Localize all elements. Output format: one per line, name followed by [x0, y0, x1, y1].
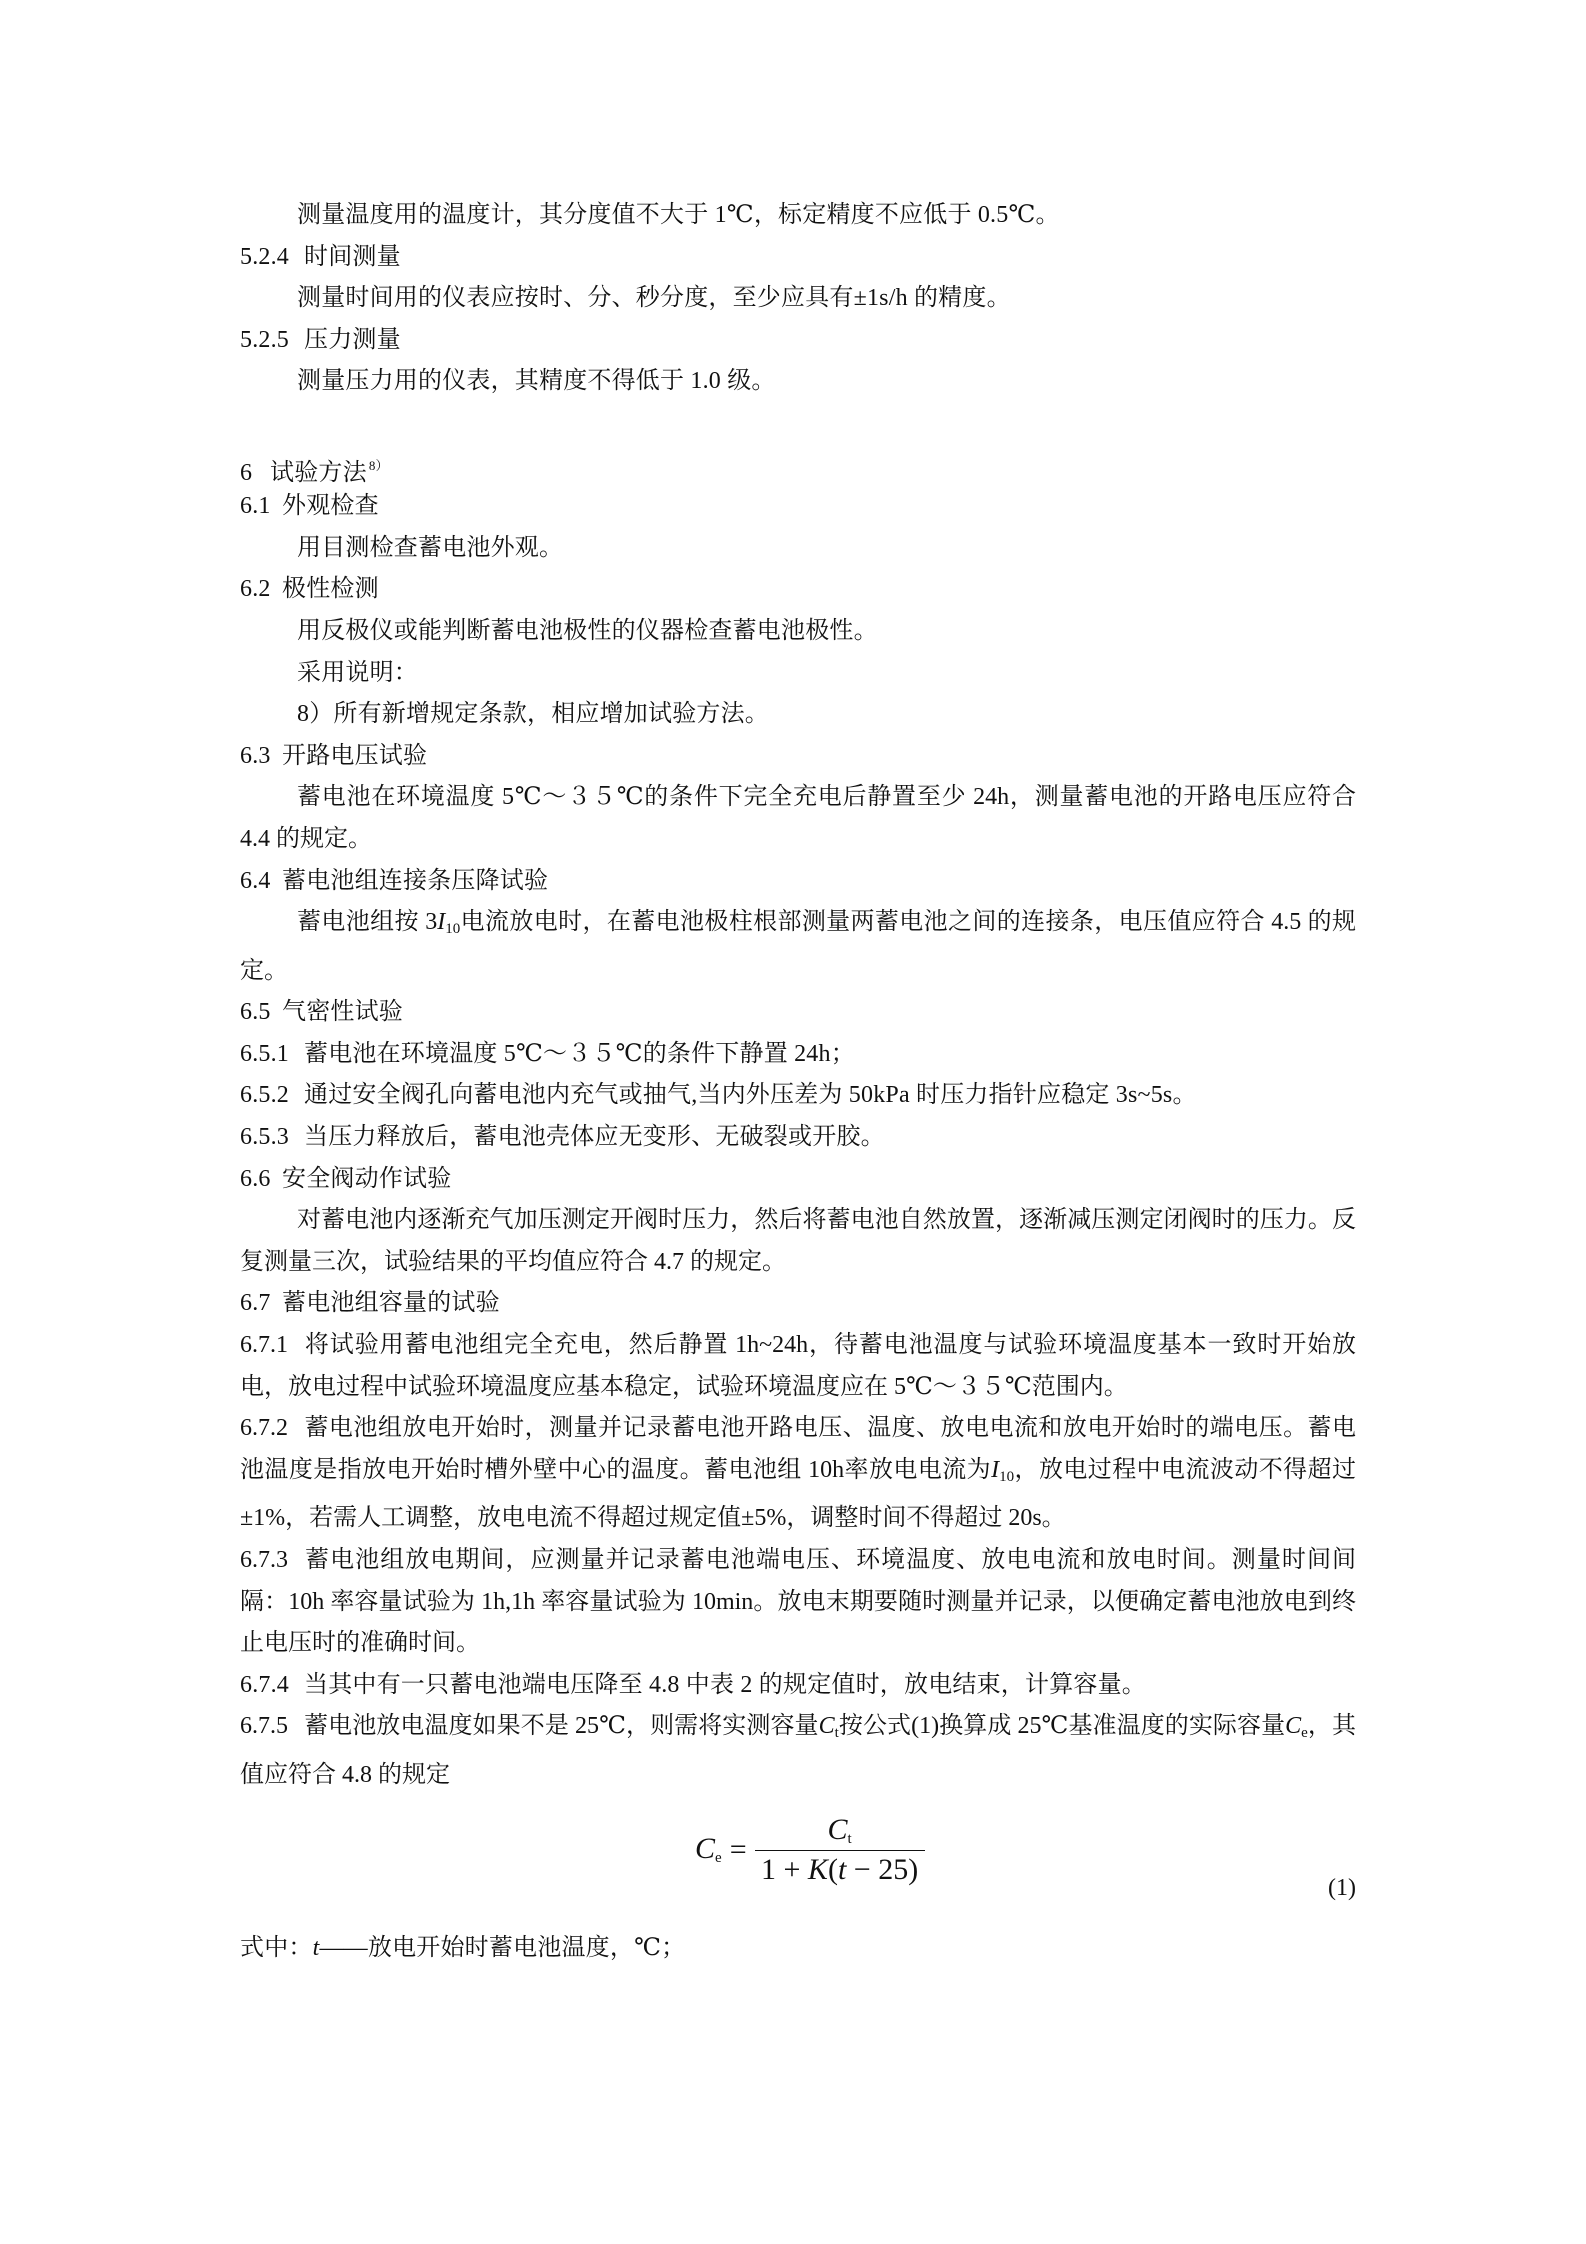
section-title: 压力测量	[304, 327, 401, 353]
clause-paragraph: 6.7.2蓄电池组放电开始时，测量并记录蓄电池开路电压、温度、放电电流和放电开始…	[240, 1408, 1356, 1540]
clause-text: 蓄电池在环境温度 5℃～３５℃的条件下静置 24h；	[304, 1041, 855, 1067]
section-number: 6.5	[240, 992, 282, 1034]
variable-definition: 式中：t——放电开始时蓄电池温度，℃；	[240, 1928, 1356, 1970]
clause-number: 6.7.3	[240, 1540, 304, 1582]
adoption-note-label: 采用说明：	[240, 653, 1356, 695]
clause: 6.7.4当其中有一只蓄电池端电压降至 4.8 中表 2 的规定值时，放电结束，…	[240, 1665, 1356, 1707]
clause-number: 6.5.1	[240, 1034, 304, 1076]
section-title: 极性检测	[282, 576, 379, 602]
section-number: 6.2	[240, 569, 282, 611]
section-heading: 5.2.4时间测量	[240, 237, 1356, 279]
section-number: 5.2.4	[240, 237, 304, 279]
section-title: 蓄电池组容量的试验	[282, 1290, 500, 1316]
body-paragraph: 对蓄电池内逐渐充气加压测定开阀时压力，然后将蓄电池自然放置，逐渐减压测定闭阀时的…	[240, 1200, 1356, 1283]
section-title: 外观检查	[282, 493, 379, 519]
spacer	[240, 403, 1356, 445]
section-heading: 6.4蓄电池组连接条压降试验	[240, 861, 1356, 903]
section-heading: 5.2.5压力测量	[240, 320, 1356, 362]
section-heading: 6.3开路电压试验	[240, 736, 1356, 778]
section-number: 5.2.5	[240, 320, 304, 362]
clause-number: 6.7.5	[240, 1706, 304, 1748]
section-title: 时间测量	[304, 244, 401, 270]
footnote-ref: 8）	[369, 458, 389, 473]
clause-text: 将试验用蓄电池组完全充电，然后静置 1h~24h，待蓄电池温度与试验环境温度基本…	[240, 1332, 1356, 1400]
clause: 6.5.2通过安全阀孔向蓄电池内充气或抽气,当内外压差为 50kPa 时压力指针…	[240, 1075, 1356, 1117]
clause-text: 蓄电池组放电期间，应测量并记录蓄电池端电压、环境温度、放电电流和放电时间。测量时…	[240, 1547, 1356, 1656]
body-text: 测量温度用的温度计，其分度值不大于 1℃，标定精度不应低于 0.5℃。	[240, 195, 1356, 237]
capacity-symbol: C	[819, 1713, 835, 1739]
section-heading: 6.6安全阀动作试验	[240, 1159, 1356, 1201]
body-text: 测量压力用的仪表，其精度不得低于 1.0 级。	[240, 361, 1356, 403]
section-number: 6.4	[240, 861, 282, 903]
clause-number: 6.7.2	[240, 1408, 304, 1450]
section-number: 6.3	[240, 736, 282, 778]
clause: 6.5.1蓄电池在环境温度 5℃～３５℃的条件下静置 24h；	[240, 1034, 1356, 1076]
document-page: 测量温度用的温度计，其分度值不大于 1℃，标定精度不应低于 0.5℃。 5.2.…	[240, 195, 1356, 1969]
fraction: Ct 1 + K(t − 25)	[755, 1813, 925, 1887]
clause-number: 6.5.3	[240, 1117, 304, 1159]
section-title: 蓄电池组连接条压降试验	[282, 868, 548, 894]
body-paragraph: 蓄电池组按 3I10电流放电时，在蓄电池极柱根部测量两蓄电池之间的连接条，电压值…	[240, 902, 1356, 992]
section-heading: 6.7蓄电池组容量的试验	[240, 1283, 1356, 1325]
capacity-symbol: C	[1285, 1713, 1301, 1739]
section-heading: 6.2极性检测	[240, 569, 1356, 611]
body-text: 测量时间用的仪表应按时、分、秒分度，至少应具有±1s/h 的精度。	[240, 278, 1356, 320]
clause-number: 6.5.2	[240, 1075, 304, 1117]
current-symbol: I	[991, 1457, 999, 1483]
body-text: 用反极仪或能判断蓄电池极性的仪器检查蓄电池极性。	[240, 611, 1356, 653]
clause: 6.5.3当压力释放后，蓄电池壳体应无变形、无破裂或开胶。	[240, 1117, 1356, 1159]
section-title: 开路电压试验	[282, 743, 427, 769]
clause-number: 6.7.4	[240, 1665, 304, 1707]
clause-paragraph: 6.7.1将试验用蓄电池组完全充电，然后静置 1h~24h，待蓄电池温度与试验环…	[240, 1325, 1356, 1408]
section-title: 气密性试验	[282, 999, 403, 1025]
section-heading: 6.1外观检查	[240, 486, 1356, 528]
chapter-title: 试验方法	[270, 460, 367, 486]
equation-block: Ce = Ct 1 + K(t − 25) (1)	[240, 1803, 1356, 1928]
section-number: 6.1	[240, 486, 282, 528]
clause-number: 6.7.1	[240, 1325, 304, 1367]
adoption-note: 8）所有新增规定条款，相应增加试验方法。	[240, 694, 1356, 736]
section-heading: 6.5气密性试验	[240, 992, 1356, 1034]
clause-paragraph: 6.7.3蓄电池组放电期间，应测量并记录蓄电池端电压、环境温度、放电电流和放电时…	[240, 1540, 1356, 1665]
section-number: 6.7	[240, 1283, 282, 1325]
clause-text: 通过安全阀孔向蓄电池内充气或抽气,当内外压差为 50kPa 时压力指针应稳定 3…	[304, 1082, 1197, 1108]
equation-number: (1)	[1328, 1875, 1356, 1902]
equation: Ce = Ct 1 + K(t − 25)	[695, 1813, 925, 1887]
clause-paragraph: 6.7.5蓄电池放电温度如果不是 25℃，则需将实测容量Ct按公式(1)换算成 …	[240, 1706, 1356, 1796]
clause-text: 当压力释放后，蓄电池壳体应无变形、无破裂或开胶。	[304, 1124, 885, 1150]
chapter-heading: 6试验方法8）	[240, 445, 1356, 487]
body-paragraph: 蓄电池在环境温度 5℃～３５℃的条件下完全充电后静置至少 24h，测量蓄电池的开…	[240, 777, 1356, 860]
section-title: 安全阀动作试验	[282, 1166, 451, 1192]
clause-text: 当其中有一只蓄电池端电压降至 4.8 中表 2 的规定值时，放电结束，计算容量。	[304, 1672, 1146, 1698]
section-number: 6.6	[240, 1159, 282, 1201]
body-text: 用目测检查蓄电池外观。	[240, 528, 1356, 570]
